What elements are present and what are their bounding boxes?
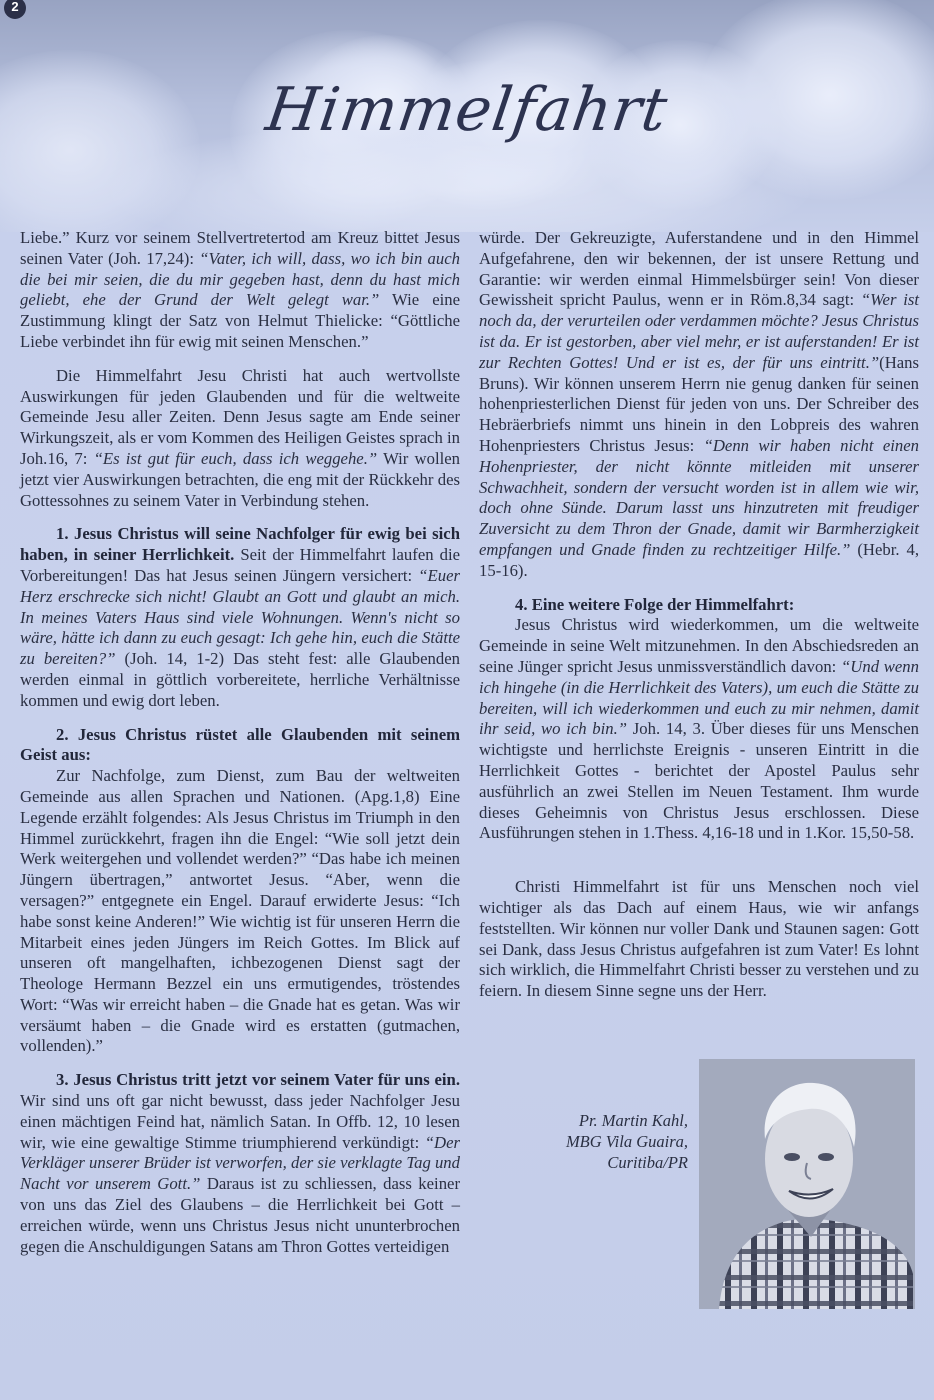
portrait-image (699, 1059, 915, 1309)
bible-quote: “Es ist gut für euch, dass ich weggehe.” (94, 449, 378, 468)
author-photo (699, 1059, 915, 1309)
magazine-page: 2 Himmelfahrt Liebe.” Kurz vor seinem St… (0, 0, 934, 1400)
cloud-header-image: 2 Himmelfahrt (0, 0, 934, 232)
page-title: Himmelfahrt (0, 75, 934, 145)
section-2-body: Zur Nachfolge, zum Dienst, zum Bau der w… (20, 766, 460, 1057)
paragraph-intro: Liebe.” Kurz vor seinem Stellvertreterto… (20, 228, 460, 353)
right-column: würde. Der Gekreuzigte, Auferstandene un… (479, 228, 919, 1002)
author-city: Curitiba/PR (520, 1152, 688, 1173)
section-1: 1. Jesus Christus will seine Nachfolger … (20, 524, 460, 711)
author-church: MBG Vila Guaira, (520, 1131, 688, 1152)
section-3: 3. Jesus Christus tritt jetzt vor seinem… (20, 1070, 460, 1257)
author-signature: Pr. Martin Kahl, MBG Vila Guaira, Curiti… (520, 1110, 688, 1173)
author-name: Pr. Martin Kahl, (520, 1110, 688, 1131)
section-4-body: Jesus Christus wird wiederkommen, um die… (479, 615, 919, 844)
paragraph-continued: würde. Der Gekreuzigte, Auferstandene un… (479, 228, 919, 582)
section-2-heading: 2. Jesus Christus rüstet alle Glaubenden… (20, 725, 460, 767)
closing-paragraph: Christi Himmelfahrt ist für uns Menschen… (479, 877, 919, 1002)
left-column: Liebe.” Kurz vor seinem Stellvertreterto… (20, 228, 460, 1257)
paragraph-effects: Die Himmelfahrt Jesu Christi hat auch we… (20, 366, 460, 512)
page-number-badge: 2 (4, 0, 26, 19)
section-3-heading: 3. Jesus Christus tritt jetzt vor seinem… (56, 1070, 460, 1089)
section-4-heading: 4. Eine weitere Folge der Himmelfahrt: (479, 595, 919, 616)
